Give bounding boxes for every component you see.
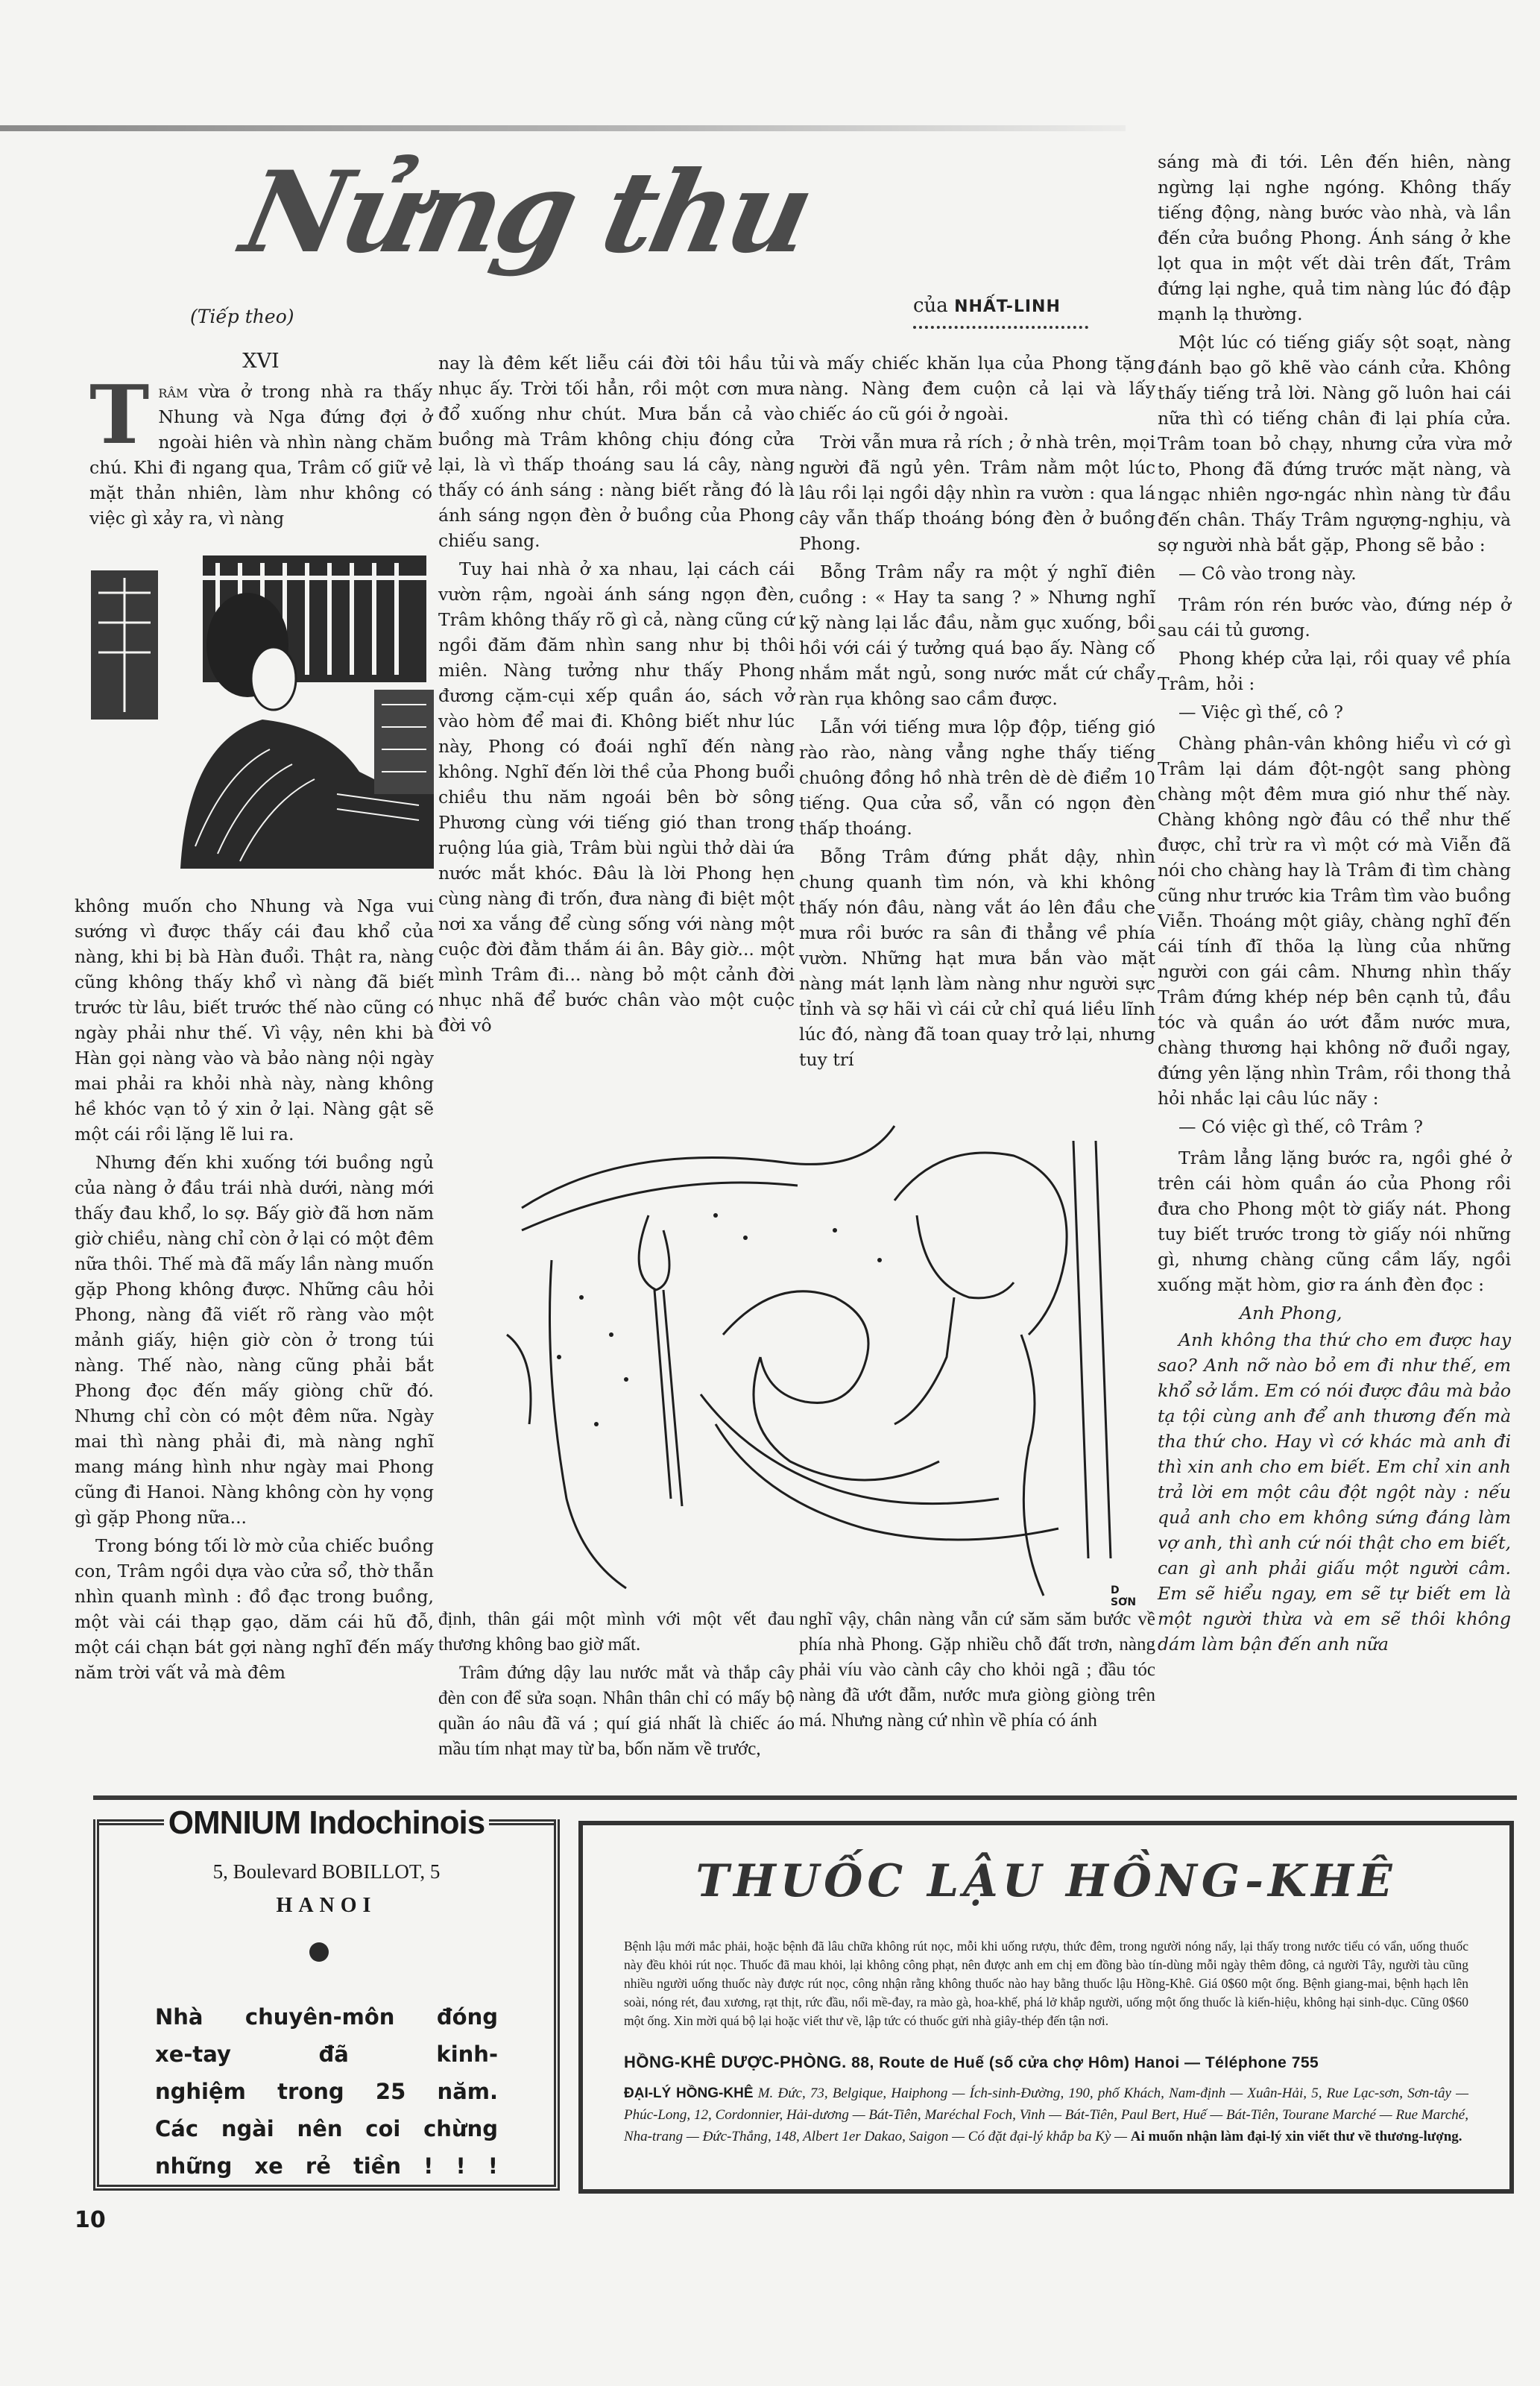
paragraph-text: Một lúc có tiếng giấy sột soạt, nàng đán… [1158, 330, 1511, 558]
line-drawing-illustration-couple [477, 1111, 1148, 1603]
dialogue-line: — Có việc gì thế, cô Trâm ? [1158, 1114, 1511, 1139]
header-rule [0, 125, 1126, 131]
dialogue-line: — Cô vào trong này. [1158, 561, 1511, 586]
slogan-line: những xe rẻ tiền ! ! ! [155, 2147, 498, 2185]
column-3-top: và mấy chiếc khăn lụa của Phong tặng nàn… [799, 350, 1155, 1075]
paragraph-text: Lẫn với tiếng mưa lộp độp, tiếng gió rào… [799, 714, 1155, 841]
agents-call-to-action: Ai muốn nhận làm đại-lý xin viết thư về … [1131, 2129, 1462, 2144]
paragraph-text: Bỗng Trâm đứng phắt dậy, nhìn chung quan… [799, 844, 1155, 1072]
advertisement-divider [93, 1795, 1517, 1800]
bullet-dot-icon [309, 1942, 329, 1962]
hong-khe-advertisement: THUỐC LẬU HỒNG-KHÊ Bệnh lậu mới mắc phải… [578, 1821, 1514, 2194]
drop-cap: T [89, 382, 149, 449]
omnium-advertisement: OMNIUM Indochinois 5, Boulevard BOBILLOT… [93, 1819, 560, 2191]
dialogue-line: — Việc gì thế, cô ? [1158, 699, 1511, 725]
paragraph-text: Chàng phân-vân không hiểu vì cớ gì Trâm … [1158, 731, 1511, 1111]
letter-salutation: Anh Phong, [1158, 1300, 1511, 1326]
paragraph-text: nghĩ vậy, chân nàng vẫn cứ săm săm bước … [799, 1607, 1155, 1734]
omnium-brand: OMNIUM Indochinois [99, 1804, 554, 1842]
paragraph-text: Bỗng Trâm nẩy ra một ý nghĩ điên cuồng :… [799, 559, 1155, 711]
illustrator-signature: D SƠN [1111, 1584, 1136, 1608]
lead-word: râm [158, 381, 188, 402]
hong-khe-office: HỒNG-KHÊ DƯỢC-PHÒNG. 88, Route de Huế (s… [624, 2053, 1468, 2072]
column-1-top: XVI Trâm vừa ở trong nhà ra thấy Nhung v… [89, 349, 432, 534]
byline-prefix: của [913, 295, 948, 317]
hong-khe-agents: ĐẠI-LÝ HỒNG-KHÊ M. Đức, 73, Belgique, Ha… [624, 2083, 1468, 2147]
byline: của NHẤT-LINH [913, 295, 1061, 317]
column-2-top: nay là đêm kết liễu cái đời tôi hầu tủi … [438, 350, 795, 1041]
story-title: Nửng thu [235, 160, 928, 265]
brand-name: OMNIUM Indochinois [164, 1804, 489, 1841]
omnium-address: 5, Boulevard BOBILLOT, 5 [99, 1860, 554, 1883]
paragraph-text: Trâm rón rén bước vào, đứng nép ở sau cá… [1158, 592, 1511, 643]
byline-underline [913, 323, 1088, 329]
office-address: 88, Route de Huế (số cửa chợ Hôm) Hanoi … [851, 2054, 1319, 2071]
paragraph-text: nay là đêm kết liễu cái đời tôi hầu tủi … [438, 350, 795, 553]
paragraph-text: và mấy chiếc khăn lụa của Phong tặng nàn… [799, 350, 1155, 426]
woodcut-illustration-woman-at-window [91, 548, 434, 869]
office-name: HỒNG-KHÊ DƯỢC-PHÒNG. [624, 2053, 847, 2071]
paragraph-text: Trâm lẳng lặng bước ra, ngồi ghé ở trên … [1158, 1145, 1511, 1297]
column-3-bottom: nghĩ vậy, chân nàng vẫn cứ săm săm bước … [799, 1607, 1155, 1737]
column-2-bottom: định, thân gái một mình với một vết đau … [438, 1607, 795, 1765]
omnium-slogan: Nhà chuyên-môn đóng xe-tay đã kinh- nghi… [155, 1998, 498, 2185]
hong-khe-headline: THUỐC LẬU HỒNG-KHÊ [583, 1855, 1509, 1907]
slogan-line: Các ngài nên coi chừng [155, 2110, 498, 2147]
paragraph-text: định, thân gái một mình với một vết đau … [438, 1607, 795, 1658]
column-1-bottom: không muốn cho Nhung và Nga vui sướng vì… [75, 893, 434, 1688]
paragraph-text: Nhưng đến khi xuống tới buồng ngủ của nà… [75, 1150, 434, 1530]
author-name: NHẤT-LINH [954, 298, 1061, 316]
slogan-line: xe-tay đã kinh- [155, 2036, 498, 2073]
slogan-line: nghiệm trong 25 năm. [155, 2073, 498, 2110]
paragraph-text: Tuy hai nhà ở xa nhau, lại cách cái vườn… [438, 556, 795, 1038]
column-4: sáng mà đi tới. Lên đến hiên, nàng ngừng… [1158, 149, 1511, 1660]
continued-label: (Tiếp theo) [190, 306, 294, 327]
page-number: 10 [75, 2207, 106, 2233]
slogan-line: Nhà chuyên-môn đóng [155, 1998, 498, 2036]
paragraph-text: sáng mà đi tới. Lên đến hiên, nàng ngừng… [1158, 149, 1511, 327]
paragraph-text: không muốn cho Nhung và Nga vui sướng vì… [75, 893, 434, 1147]
paragraph-text: Trời vẫn mưa rả rích ; ở nhà trên, mọi n… [799, 429, 1155, 556]
hong-khe-body: Bệnh lậu mới mắc phải, hoặc bệnh đã lâu … [624, 1937, 1468, 2030]
omnium-city: HANOI [99, 1894, 554, 1918]
paragraph-text: Trong bóng tối lờ mờ của chiếc buồng con… [75, 1533, 434, 1685]
paragraph-text: Trâm đứng dậy lau nước mắt và thắp cây đ… [438, 1661, 795, 1762]
agents-label: ĐẠI-LÝ HỒNG-KHÊ [624, 2086, 754, 2101]
signature-initial: D [1111, 1584, 1136, 1596]
paragraph-text: Phong khép cửa lại, rồi quay về phía Trâ… [1158, 646, 1511, 696]
opening-paragraph: Trâm vừa ở trong nhà ra thấy Nhung và Ng… [89, 379, 432, 531]
letter-body: Anh không tha thứ cho em được hay sao? A… [1158, 1327, 1511, 1657]
